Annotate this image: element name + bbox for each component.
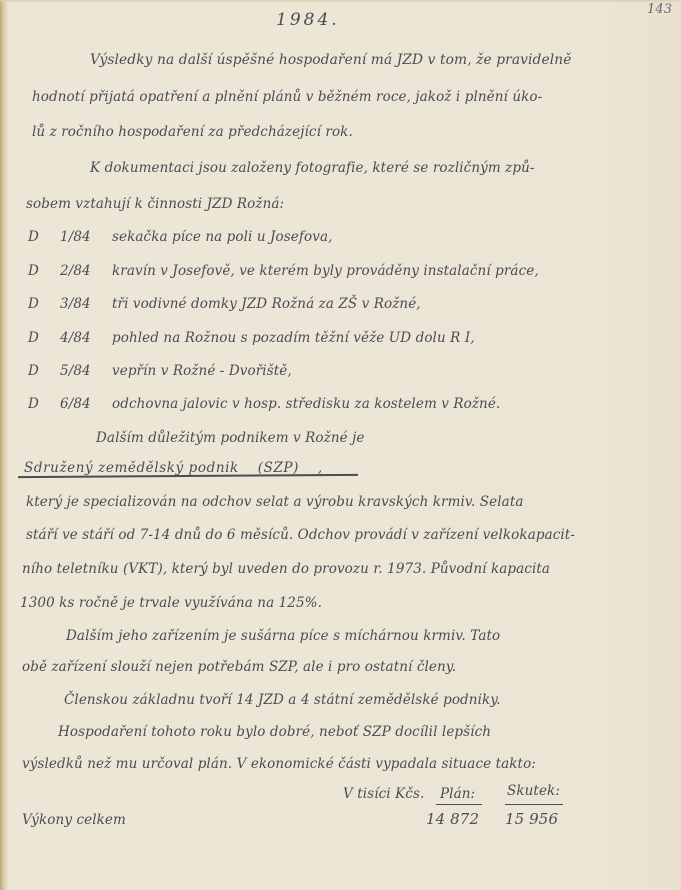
photo-code: 2/84: [60, 263, 112, 279]
page-binding-edge: [0, 0, 8, 890]
chronicle-page: 1984. 143 Výsledky na další úspěšné hosp…: [0, 0, 681, 890]
photo-description: sekačka píce na poli u Josefova,: [112, 229, 333, 245]
photo-list-item: D4/84pohled na Rožnou s pozadím těžní vě…: [28, 330, 475, 346]
paragraph-3-line-4: 1300 ks ročně je trvale využívána na 125…: [20, 595, 322, 611]
photo-description: pohled na Rožnou s pozadím těžní věže UD…: [112, 330, 475, 346]
paragraph-6-line-1: Hospodaření tohoto roku bylo dobré, nebo…: [58, 724, 491, 740]
paragraph-5-line-1: Členskou základnu tvoří 14 JZD a 4 státn…: [64, 692, 501, 708]
paragraph-3-line-2: stáří ve stáří od 7-14 dnů do 6 měsíců. …: [26, 527, 575, 543]
paragraph-2-line-2: sobem vztahují k činnosti JZD Rožná:: [26, 196, 284, 212]
paragraph-6-line-2: výsledků než mu určoval plán. V ekonomic…: [22, 756, 536, 772]
photo-list-item: D1/84sekačka píce na poli u Josefova,: [28, 229, 333, 245]
photo-code: 1/84: [60, 229, 112, 245]
section-heading-title: Sdružený zemědělský podnik: [24, 460, 239, 476]
paragraph-4-line-1: Dalším jeho zařízením je sušárna píce s …: [66, 628, 500, 644]
photo-code: 5/84: [60, 363, 112, 379]
photo-marker: D: [28, 330, 60, 346]
photo-description: vepřín v Rožné - Dvořiště,: [112, 363, 292, 379]
photo-list-item: D6/84odchovna jalovic v hosp. středisku …: [28, 396, 500, 412]
paragraph-1-line-1: Výsledky na další úspěšné hospodaření má…: [90, 52, 571, 68]
summary-column-actual: Skutek:: [507, 783, 560, 799]
section-intro: Dalším důležitým podnikem v Rožné je: [96, 430, 365, 446]
page-number: 143: [647, 2, 672, 17]
photo-list-item: D3/84tři vodivné domky JZD Rožná za ZŠ v…: [28, 296, 421, 312]
photo-description: kravín v Josefově, ve kterém byly provád…: [112, 263, 539, 279]
photo-marker: D: [28, 296, 60, 312]
summary-row-label: Výkony celkem: [22, 812, 126, 828]
photo-code: 6/84: [60, 396, 112, 412]
year-heading: 1984.: [276, 10, 340, 30]
paragraph-1-line-3: lů z ročního hospodaření za předcházejíc…: [32, 124, 353, 140]
photo-code: 4/84: [60, 330, 112, 346]
summary-column-plan: Plán:: [440, 786, 475, 802]
paragraph-1-line-2: hodnotí přijatá opatření a plnění plánů …: [32, 89, 542, 105]
actual-column-underline: [505, 804, 563, 805]
summary-value-plan: 14 872: [426, 810, 479, 828]
photo-code: 3/84: [60, 296, 112, 312]
plan-column-underline: [436, 804, 482, 805]
paragraph-3-line-1: který je specializován na odchov selat a…: [26, 494, 524, 510]
photo-marker: D: [28, 263, 60, 279]
page-top-edge: [0, 0, 681, 3]
paragraph-3-line-3: ního teletníku (VKT), který byl uveden d…: [22, 561, 550, 577]
summary-header-prefix: V tisíci Kčs.: [343, 786, 424, 802]
photo-description: odchovna jalovic v hosp. středisku za ko…: [112, 396, 500, 412]
photo-marker: D: [28, 229, 60, 245]
paragraph-2-line-1: K dokumentaci jsou založeny fotografie, …: [90, 160, 535, 176]
summary-value-actual: 15 956: [505, 810, 558, 828]
photo-list-item: D2/84kravín v Josefově, ve kterém byly p…: [28, 263, 539, 279]
photo-marker: D: [28, 396, 60, 412]
photo-description: tři vodivné domky JZD Rožná za ZŠ v Rožn…: [112, 296, 421, 312]
photo-list-item: D5/84vepřín v Rožné - Dvořiště,: [28, 363, 292, 379]
paragraph-4-line-2: obě zařízení slouží nejen potřebám SZP, …: [22, 659, 456, 675]
photo-marker: D: [28, 363, 60, 379]
